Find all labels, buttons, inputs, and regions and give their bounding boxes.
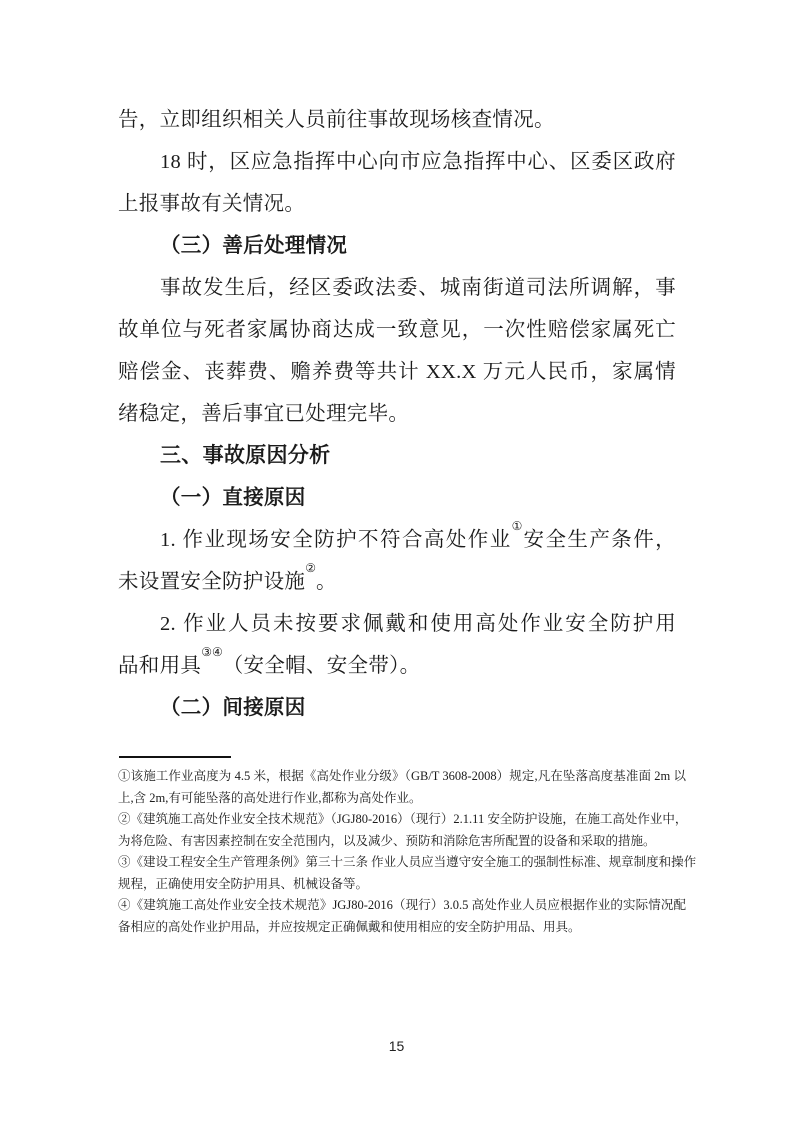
- footnote-line: 规程，正确使用安全防护用具、机械设备等。: [118, 874, 686, 896]
- footnote-line: ①该施工作业高度为 4.5 米，根据《高处作业分级》（GB/T 3608-200…: [118, 766, 686, 788]
- body-line-text: 1. 作业现场安全防护不符合高处作业: [160, 529, 512, 551]
- footnote-2: ②《建筑施工高处作业安全技术规范》（JGJ80-2016）（现行）2.1.11 …: [118, 809, 686, 852]
- body-line-text: 安全生产条件，: [524, 529, 676, 551]
- footnote-ref-1: ①: [512, 519, 524, 533]
- body-line: 2. 作业人员未按要求佩戴和使用高处作业安全防护用: [118, 603, 676, 645]
- body-line: 告，立即组织相关人员前往事故现场核查情况。: [118, 99, 676, 141]
- footnotes-block: ①该施工作业高度为 4.5 米，根据《高处作业分级》（GB/T 3608-200…: [118, 766, 686, 938]
- heading-aftermath: （三）善后处理情况: [118, 225, 676, 267]
- footnote-ref-3-4: ③④: [201, 645, 223, 659]
- body-line-text: （安全帽、安全带）。: [223, 655, 421, 677]
- footnote-line: 为将危险、有害因素控制在安全范围内，以及减少、预防和消除危害所配置的设备和采取的…: [118, 831, 686, 853]
- body-line-text: 未设置安全防护设施: [118, 571, 305, 593]
- body-line-text: 品和用具: [118, 655, 201, 677]
- footnote-1: ①该施工作业高度为 4.5 米，根据《高处作业分级》（GB/T 3608-200…: [118, 766, 686, 809]
- heading-cause-analysis: 三、事故原因分析: [118, 435, 676, 477]
- body-line: 未设置安全防护设施②。: [118, 561, 676, 603]
- document-page: 告，立即组织相关人员前往事故现场核查情况。 18 时，区应急指挥中心向市应急指挥…: [0, 0, 793, 1122]
- body-line: 绪稳定，善后事宜已处理完毕。: [118, 393, 676, 435]
- body-line: 上报事故有关情况。: [118, 183, 676, 225]
- page-number: 15: [0, 1038, 793, 1054]
- footnote-separator: [119, 756, 231, 758]
- footnote-line: ②《建筑施工高处作业安全技术规范》（JGJ80-2016）（现行）2.1.11 …: [118, 809, 686, 831]
- body-line: 赔偿金、丧葬费、赡养费等共计 XX.X 万元人民币，家属情: [118, 351, 676, 393]
- heading-direct-cause: （一）直接原因: [118, 477, 676, 519]
- footnote-3: ③《建设工程安全生产管理条例》第三十三条 作业人员应当遵守安全施工的强制性标准、…: [118, 852, 686, 895]
- footnote-line: ④《建筑施工高处作业安全技术规范》JGJ80-2016（现行）3.0.5 高处作…: [118, 895, 686, 917]
- footnote-ref-2: ②: [305, 561, 316, 575]
- body-line: 品和用具③④（安全帽、安全带）。: [118, 645, 676, 687]
- body-line: 事故发生后，经区委政法委、城南街道司法所调解，事: [118, 267, 676, 309]
- footnote-line: 上,含 2m,有可能坠落的高处进行作业,都称为高处作业。: [118, 788, 686, 810]
- body-line: 1. 作业现场安全防护不符合高处作业①安全生产条件，: [118, 519, 676, 561]
- body-line: 18 时，区应急指挥中心向市应急指挥中心、区委区政府: [118, 141, 676, 183]
- body-line: 故单位与死者家属协商达成一致意见，一次性赔偿家属死亡: [118, 309, 676, 351]
- body-text-block: 告，立即组织相关人员前往事故现场核查情况。 18 时，区应急指挥中心向市应急指挥…: [118, 99, 676, 729]
- footnote-line: 备相应的高处作业护用品，并应按规定正确佩戴和使用相应的安全防护用品、用具。: [118, 917, 686, 939]
- body-line-text: 。: [316, 571, 337, 593]
- footnote-line: ③《建设工程安全生产管理条例》第三十三条 作业人员应当遵守安全施工的强制性标准、…: [118, 852, 686, 874]
- heading-indirect-cause: （二）间接原因: [118, 687, 676, 729]
- footnote-4: ④《建筑施工高处作业安全技术规范》JGJ80-2016（现行）3.0.5 高处作…: [118, 895, 686, 938]
